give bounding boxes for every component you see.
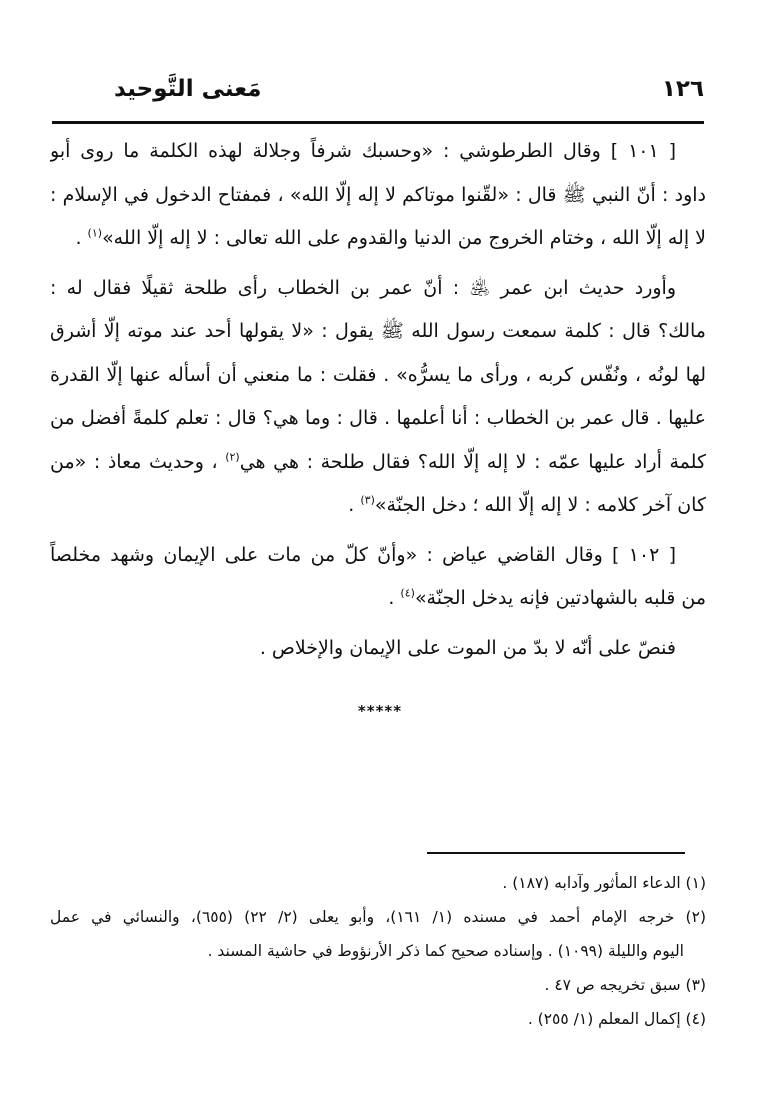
text-fragment: . — [75, 227, 87, 249]
text-line: [ ١٠١ ] وقال الطرطوشي : «وحسبك شرفاً وجل… — [50, 130, 706, 174]
text-fragment: كان آخر كلامه : لا إله إلّا الله ؛ دخل ا… — [375, 494, 706, 516]
running-title: مَعنى التَّوحيد — [114, 76, 261, 102]
text-line: فنصّ على أنّه لا بدّ من الموت على الإيما… — [50, 627, 706, 671]
text-line: كلمة أراد عليها عمّه : لا إله إلّا الله؟… — [50, 441, 706, 485]
text-line: وأورد حديث ابن عمر ﵁ : أنّ عمر بن الخطاب… — [50, 267, 706, 311]
header-rule — [52, 121, 704, 124]
paragraph-101: [ ١٠١ ] وقال الطرطوشي : «وحسبك شرفاً وجل… — [50, 130, 706, 261]
book-page: ١٢٦ مَعنى التَّوحيد [ ١٠١ ] وقال الطرطوش… — [0, 0, 760, 1114]
footnote-ref: (٣) — [360, 494, 375, 507]
footnote-4: (٤) إكمال المعلم (١/ ٢٥٥) . — [50, 1002, 706, 1036]
text-fragment: . — [348, 494, 360, 516]
text-fragment: لا إله إلّا الله ، وختام الخروج من الدني… — [102, 227, 706, 249]
footnote-2: (٢) خرجه الإمام أحمد في مسنده (١/ ١٦١)، … — [50, 900, 706, 934]
footnotes: (١) الدعاء المأثور وآدابه (١٨٧) . (٢) خر… — [50, 866, 706, 1036]
text-fragment: كلمة أراد عليها عمّه : لا إله إلّا الله؟… — [240, 451, 706, 473]
text-fragment: . — [388, 587, 400, 609]
text-fragment: من قلبه بالشهادتين فإنه يدخل الجنّة» — [415, 587, 706, 609]
footnote-2-continued: اليوم والليلة (١٠٩٩) . وإسناده صحيح كما … — [50, 934, 706, 968]
page-header: ١٢٦ مَعنى التَّوحيد — [52, 76, 704, 112]
text-line: [ ١٠٢ ] وقال القاضي عياض : «وأنّ كلّ من … — [50, 534, 706, 578]
paragraph-102: [ ١٠٢ ] وقال القاضي عياض : «وأنّ كلّ من … — [50, 534, 706, 621]
paragraph-conclusion: فنصّ على أنّه لا بدّ من الموت على الإيما… — [50, 627, 706, 671]
footnote-ref: (٤) — [400, 587, 415, 600]
footnote-3: (٣) سبق تخريجه ص ٤٧ . — [50, 968, 706, 1002]
paragraph-ibn-umar: وأورد حديث ابن عمر ﵁ : أنّ عمر بن الخطاب… — [50, 267, 706, 528]
text-line: مالك؟ قال : كلمة سمعت رسول الله ﷺ يقول :… — [50, 310, 706, 354]
text-line: لا إله إلّا الله ، وختام الخروج من الدني… — [50, 217, 706, 261]
text-line: لها لونُه ، ونُفّس كربه ، ورأى ما يسرُّه… — [50, 354, 706, 398]
footnote-ref: (١) — [88, 227, 103, 240]
footnote-ref: (٢) — [225, 450, 240, 463]
footnote-rule — [427, 852, 685, 854]
text-line: كان آخر كلامه : لا إله إلّا الله ؛ دخل ا… — [50, 484, 706, 528]
page-number: ١٢٦ — [662, 76, 704, 102]
text-fragment: ، وحديث معاذ : «من — [50, 451, 225, 473]
footnote-1: (١) الدعاء المأثور وآدابه (١٨٧) . — [50, 866, 706, 900]
text-line: عليها . قال عمر بن الخطاب : أنا أعلمها .… — [50, 397, 706, 441]
main-text: [ ١٠١ ] وقال الطرطوشي : «وحسبك شرفاً وجل… — [50, 130, 706, 670]
text-line: من قلبه بالشهادتين فإنه يدخل الجنّة»(٤) … — [50, 577, 706, 621]
text-line: داود : أنّ النبي ﷺ قال : «لقّنوا موتاكم … — [50, 174, 706, 218]
section-separator: ***** — [0, 702, 760, 720]
